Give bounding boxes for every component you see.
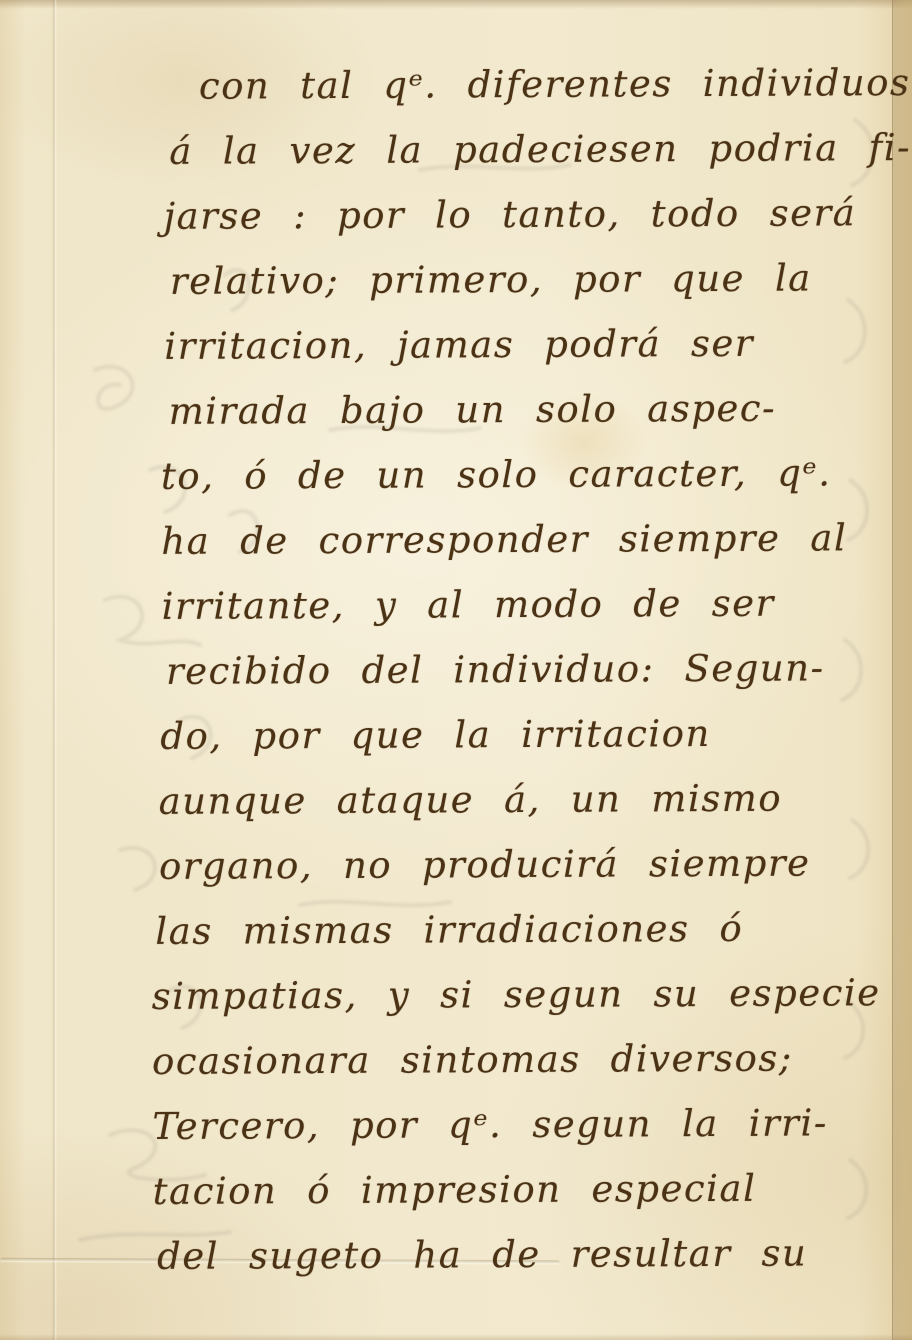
manuscript-line: do, por que la irritacion bbox=[160, 700, 895, 769]
manuscript-line: irritante, y al modo de ser bbox=[161, 570, 894, 639]
manuscript-line: jarse : por lo tanto, todo será bbox=[163, 180, 892, 249]
manuscript-text-block: con tal qᵉ. diferentes individuos á la v… bbox=[147, 50, 898, 1289]
manuscript-line: Tercero, por qᵉ. segun la irri- bbox=[152, 1090, 897, 1159]
manuscript-line: tacion ó impresion especial bbox=[153, 1155, 898, 1224]
manuscript-line: ocasionara sintomas diversos; bbox=[152, 1025, 897, 1094]
manuscript-line: del sugeto ha de resultar su bbox=[157, 1220, 898, 1289]
manuscript-line: aunque ataque á, un mismo bbox=[159, 765, 896, 834]
manuscript-line: recibido del individuo: Segun- bbox=[166, 635, 895, 704]
manuscript-line: to, ó de un solo caracter, qᵉ. bbox=[161, 440, 894, 509]
manuscript-page: con tal qᵉ. diferentes individuos á la v… bbox=[0, 0, 912, 1340]
manuscript-line: á la vez la padeciesen podria fi- bbox=[169, 115, 892, 184]
manuscript-line: irritacion, jamas podrá ser bbox=[164, 310, 893, 379]
manuscript-line: las mismas irradiaciones ó bbox=[155, 895, 896, 964]
manuscript-line: mirada bajo un solo aspec- bbox=[168, 375, 893, 444]
manuscript-line: organo, no producirá siempre bbox=[159, 830, 896, 899]
manuscript-line: relativo; primero, por que la bbox=[170, 245, 893, 314]
manuscript-line: con tal qᵉ. diferentes individuos bbox=[199, 50, 892, 119]
manuscript-line: ha de corresponder siempre al bbox=[161, 505, 894, 574]
manuscript-line: simpatias, y si segun su especie bbox=[152, 960, 897, 1029]
